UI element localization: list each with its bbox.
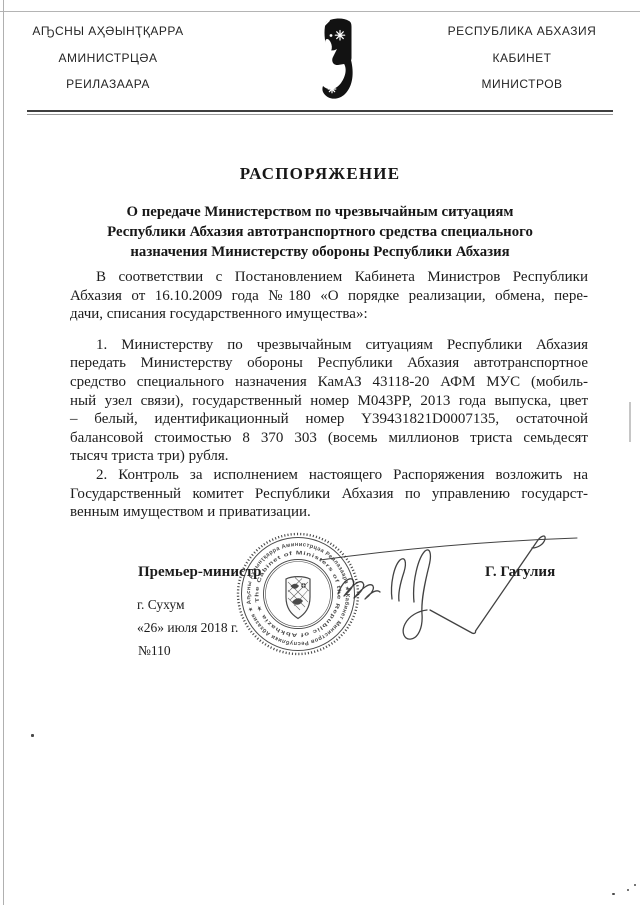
paragraph-line: Абхазия от 16.10.2009 года №180 «О поряд… <box>70 287 588 306</box>
letterhead-line: МИНИСТРОВ <box>438 78 606 90</box>
paragraph-line: передать Министерству обороны Республики… <box>70 354 588 373</box>
letterhead-line: АҦСНЫ АҲӘЫНҬҚАРРА <box>20 25 196 37</box>
paragraph-line: – белый, идентификационный номер Y394318… <box>70 410 588 429</box>
signing-city: г. Сухум <box>137 597 185 613</box>
paragraph: 2. Контроль за исполнением настоящего Ра… <box>70 466 588 522</box>
subtitle-line: Республики Абхазия автотранспортного сре… <box>50 222 590 242</box>
scan-edge-left <box>3 0 4 905</box>
paragraph-line: 1. Министерству по чрезвычайным ситуация… <box>70 336 588 355</box>
paragraph-line: 2. Контроль за исполнением настоящего Ра… <box>70 466 588 485</box>
scan-artifact-line <box>629 402 631 442</box>
seal-shield-icon <box>286 577 310 619</box>
handwritten-signature <box>320 536 577 639</box>
scan-speck <box>612 893 615 895</box>
paragraph-line: Государственный комитет Республики Абхаз… <box>70 485 588 504</box>
paragraph-line: ный узел связи), государственный номер М… <box>70 392 588 411</box>
scan-speck <box>627 889 629 891</box>
scan-speck <box>634 884 636 886</box>
document-number: №110 <box>138 643 171 659</box>
letterhead-russian: РЕСПУБЛИКА АБХАЗИЯКАБИНЕТМИНИСТРОВ <box>438 25 606 105</box>
official-seal-and-signature: Аҧсны Аҳәынҭқарра Аминистрцәа Реилазаара… <box>230 520 600 670</box>
letterhead-line: РЕИЛАЗААРА <box>20 78 196 90</box>
letterhead-line: КАБИНЕТ <box>438 52 606 64</box>
letterhead-line: АМИНИСТРЦӘА <box>20 52 196 64</box>
paragraph-line: В соответствии с Постановлением Кабинета… <box>70 268 588 287</box>
paragraph-line: венным имуществом и приватизации. <box>70 503 588 522</box>
signing-date: «26» июля 2018 г. <box>137 620 238 636</box>
body-paragraphs: В соответствии с Постановлением Кабинета… <box>70 268 588 522</box>
subtitle-line: назначения Министерству обороны Республи… <box>50 242 590 262</box>
scan-speck <box>31 734 34 737</box>
paragraph-line: дачи, списания государственного имуществ… <box>70 305 588 324</box>
document-page: АҦСНЫ АҲӘЫНҬҚАРРААМИНИСТРЦӘАРЕИЛАЗААРА Р… <box>0 0 640 905</box>
letterhead-line: РЕСПУБЛИКА АБХАЗИЯ <box>438 25 606 37</box>
document-subtitle: О передаче Министерством по чрезвычайным… <box>50 202 590 262</box>
subtitle-line: О передаче Министерством по чрезвычайным… <box>50 202 590 222</box>
paragraph: В соответствии с Постановлением Кабинета… <box>70 268 588 324</box>
paragraph-line: балансовой стоимостью 8 370 303 (восемь … <box>70 429 588 448</box>
document-title: РАСПОРЯЖЕНИЕ <box>50 164 590 184</box>
letterhead-abkhaz: АҦСНЫ АҲӘЫНҬҚАРРААМИНИСТРЦӘАРЕИЛАЗААРА <box>20 25 196 105</box>
letterhead-separator <box>27 110 613 115</box>
paragraph-line: тысяч триста три) рубля. <box>70 447 588 466</box>
official-seal-icon: Аҧсны Аҳәынҭқарра Аминистрцәа Реилазаара… <box>235 532 360 656</box>
paragraph-line: средство специального назначения КамАЗ 4… <box>70 373 588 392</box>
paragraph: 1. Министерству по чрезвычайным ситуация… <box>70 336 588 466</box>
state-emblem-icon <box>318 18 356 102</box>
scan-edge-top <box>0 11 640 12</box>
